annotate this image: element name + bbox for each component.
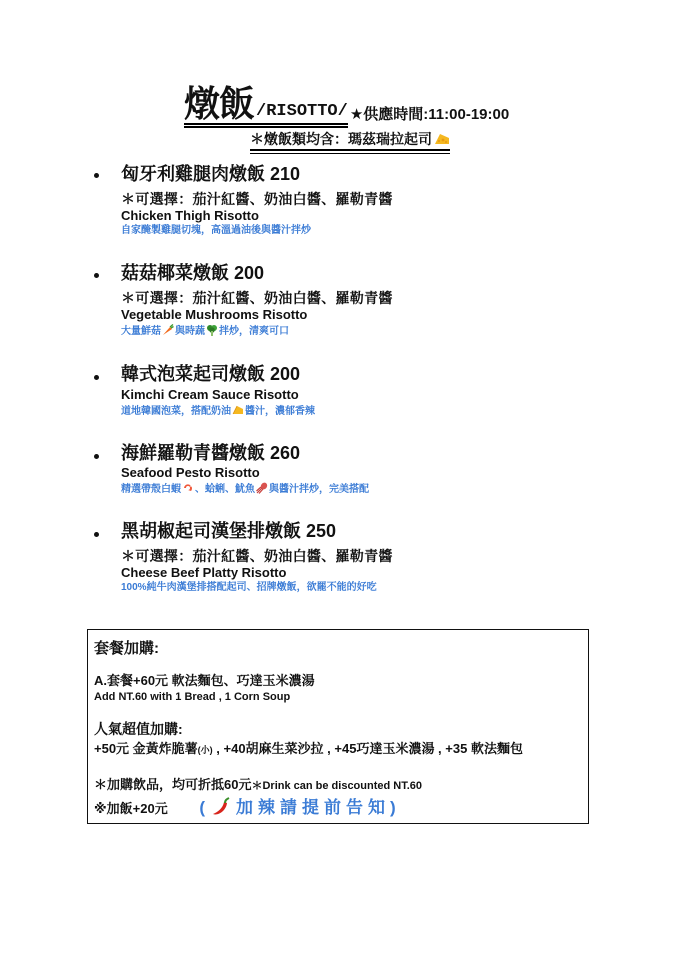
item-description: 100%純牛肉漢堡排搭配起司、招牌燉飯，欲罷不能的好吃: [121, 581, 377, 595]
desc-part: 道地韓國泡菜，搭配奶油: [121, 406, 231, 417]
item-english-name: Chicken Thigh Risotto: [121, 208, 259, 224]
drink-note: ＊加購飲品，均可折抵60元＊Drink can be discounted NT…: [94, 777, 422, 794]
bullet: [94, 273, 99, 278]
drink-note-zh: ＊加購飲品，均可折抵60元: [94, 777, 251, 792]
item-description: 道地韓國泡菜，搭配奶油醬汁，濃郁香辣: [121, 404, 315, 419]
page-title: 燉飯: [184, 86, 254, 122]
bullet: [94, 532, 99, 537]
butter-icon: [232, 404, 244, 416]
popular-addons-list: +50元 金黃炸脆薯(小) , +40胡麻生菜沙拉 , +45巧達玉米濃湯 , …: [94, 740, 523, 759]
item-name: 匈牙利雞腿肉燉飯 210: [121, 163, 300, 185]
desc-part: 、蛤蜊、魷魚: [195, 484, 255, 495]
bullet: [94, 173, 99, 178]
paren-close: ): [390, 798, 401, 817]
desc-part: 拌炒，清爽可口: [219, 326, 289, 337]
rice-addon: ※加飯+20元: [94, 801, 168, 816]
page-header: 燉飯 /RISOTTO/ ★供應時間:11:00-19:00: [184, 86, 509, 125]
item-options: ＊可選擇：茄汁紅醬、奶油白醬、羅勒青醬: [121, 289, 393, 307]
desc-part: 精選帶殼白蝦: [121, 484, 181, 495]
popular-addons-part: +50元 金黃炸脆薯: [94, 741, 198, 756]
item-description: 精選帶殼白蝦、蛤蜊、魷魚與醬汁拌炒，完美搭配: [121, 482, 369, 497]
chili-pepper-icon: [210, 797, 232, 817]
addons-heading: 套餐加購:: [94, 640, 159, 658]
broccoli-icon: [206, 324, 218, 336]
item-description: 大量鮮菇與時蔬拌炒，清爽可口: [121, 324, 289, 339]
paren-open: (: [199, 798, 210, 817]
item-description: 自家醃製雞腿切塊，高溫過油後與醬汁拌炒: [121, 224, 311, 238]
carrot-icon: [162, 324, 174, 336]
popular-addons-part: , +40胡麻生菜沙拉 , +45巧達玉米濃湯 , +35 軟法麵包: [213, 741, 523, 756]
shrimp-icon: [182, 482, 194, 494]
popular-addons-heading: 人氣超值加購:: [94, 720, 183, 738]
item-name: 黑胡椒起司漢堡排燉飯 250: [121, 520, 336, 542]
item-options: ＊可選擇：茄汁紅醬、奶油白醬、羅勒青醬: [121, 547, 393, 565]
cheese-note: ＊燉飯類均含：瑪茲瑞拉起司: [250, 130, 450, 151]
addons-box: 套餐加購: A.套餐+60元 軟法麵包、巧達玉米濃湯 Add NT.60 wit…: [87, 629, 589, 824]
desc-part: 大量鮮菇: [121, 326, 161, 337]
desc-part: 與時蔬: [175, 326, 205, 337]
spicy-notice: (加辣請提前告知): [199, 798, 400, 817]
cheese-note-text: ＊燉飯類均含：瑪茲瑞拉起司: [250, 131, 432, 147]
set-a-offer: A.套餐+60元 軟法麵包、巧達玉米濃湯: [94, 673, 315, 689]
small-size-label: (小): [198, 745, 213, 755]
set-a-offer-english: Add NT.60 with 1 Bread , 1 Corn Soup: [94, 690, 290, 704]
desc-part: 醬汁，濃郁香辣: [245, 406, 315, 417]
item-english-name: Kimchi Cream Sauce Risotto: [121, 387, 299, 403]
title-underlined: 燉飯 /RISOTTO/: [184, 86, 348, 125]
item-options: ＊可選擇：茄汁紅醬、奶油白醬、羅勒青醬: [121, 190, 393, 208]
item-english-name: Cheese Beef Platty Risotto: [121, 565, 286, 581]
item-english-name: Seafood Pesto Risotto: [121, 465, 260, 481]
cheese-icon: [434, 133, 450, 145]
rice-addon-row: ※加飯+20元 (加辣請提前告知): [94, 797, 401, 820]
serving-hours: ★供應時間:11:00-19:00: [350, 105, 509, 125]
item-name: 韓式泡菜起司燉飯 200: [121, 363, 300, 385]
item-english-name: Vegetable Mushrooms Risotto: [121, 307, 307, 323]
drink-note-en: ＊Drink can be discounted NT.60: [251, 780, 422, 792]
item-name: 海鮮羅勒青醬燉飯 260: [121, 442, 300, 464]
item-name: 菇菇椰菜燉飯 200: [121, 262, 264, 284]
page-title-english: /RISOTTO/: [256, 102, 348, 122]
desc-part: 與醬汁拌炒，完美搭配: [269, 484, 369, 495]
squid-icon: [256, 482, 268, 494]
bullet: [94, 375, 99, 380]
bullet: [94, 454, 99, 459]
spicy-notice-text: 加辣請提前告知: [236, 798, 390, 817]
